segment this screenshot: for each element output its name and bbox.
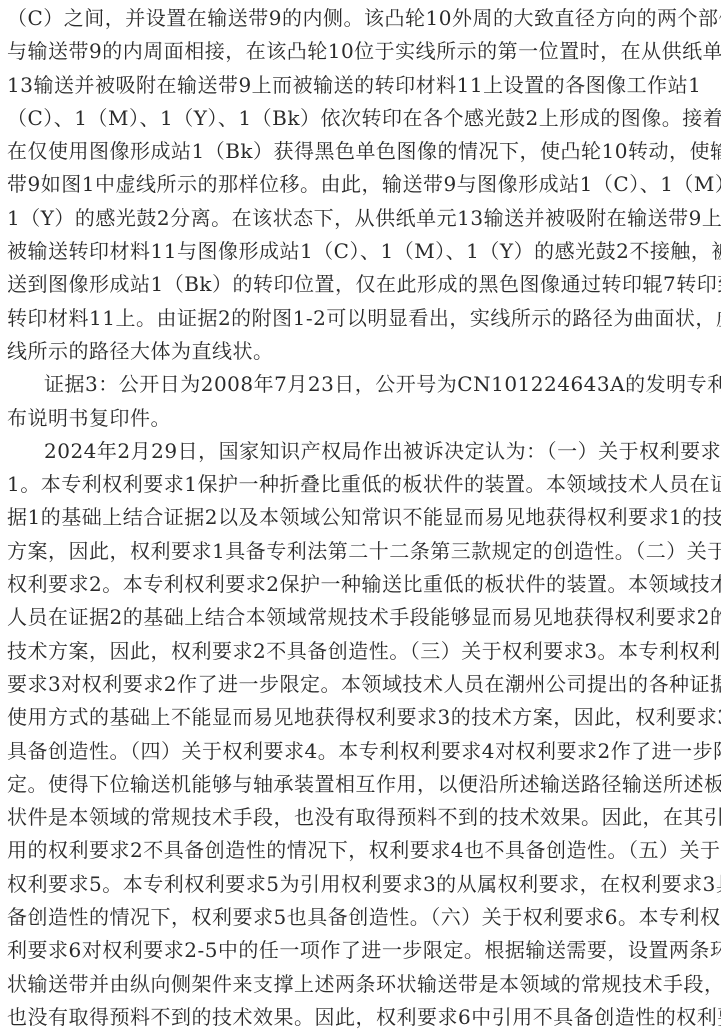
text-line: 转印材料11上。由证据2的附图1-2可以明显看出，实线所示的路径为曲面状，虚 — [7, 302, 715, 335]
text-line: 具备创造性。（四）关于权利要求4。本专利权利要求4对权利要求2作了进一步限 — [7, 735, 715, 768]
text-line: 要求3对权利要求2作了进一步限定。本领域技术人员在潮州公司提出的各种证据 — [7, 668, 715, 701]
text-line: 也没有取得预料不到的技术效果。因此，权利要求6中引用不具备创造性的权利要 — [7, 1001, 715, 1034]
text-line: 2024年2月29日，国家知识产权局作出被诉决定认为：（一）关于权利要求 — [7, 435, 715, 468]
text-line: 定。使得下位输送机能够与轴承装置相互作用，以便沿所述输送路径输送所述板 — [7, 768, 715, 801]
text-line: 布说明书复印件。 — [7, 402, 715, 435]
text-line: 方案，因此，权利要求1具备专利法第二十二条第三款规定的创造性。（二）关于 — [7, 535, 715, 568]
text-line: 状输送带并由纵向侧架件来支撑上述两条环状输送带是本领域的常规技术手段， — [7, 968, 715, 1001]
text-line: 被输送转印材料11与图像形成站1（C）、1（M）、1（Y）的感光鼓2不接触，被输 — [7, 235, 715, 268]
text-line: 用的权利要求2不具备创造性的情况下，权利要求4也不具备创造性。（五）关于 — [7, 834, 715, 867]
text-line: （C）、1（M）、1（Y）、1（Bk）依次转印在各个感光鼓2上形成的图像。接着， — [7, 102, 715, 135]
text-line: 权利要求2。本专利权利要求2保护一种输送比重低的板状件的装置。本领域技术 — [7, 568, 715, 601]
text-line: 13输送并被吸附在输送带9上而被输送的转印材料11上设置的各图像工作站1 — [7, 69, 715, 102]
text-line: 技术方案，因此，权利要求2不具备创造性。（三）关于权利要求3。本专利权利 — [7, 635, 715, 668]
text-line: 利要求6对权利要求2-5中的任一项作了进一步限定。根据输送需要，设置两条环 — [7, 934, 715, 967]
text-line: 权利要求5。本专利权利要求5为引用权利要求3的从属权利要求，在权利要求3具 — [7, 868, 715, 901]
text-line: 证据3：公开日为2008年7月23日，公开号为CN101224643A的发明专利… — [7, 368, 715, 401]
text-line: 使用方式的基础上不能显而易见地获得权利要求3的技术方案，因此，权利要求3 — [7, 701, 715, 734]
text-line: 人员在证据2的基础上结合本领域常规技术手段能够显而易见地获得权利要求2的 — [7, 601, 715, 634]
text-line: （C）之间，并设置在输送带9的内侧。该凸轮10外周的大致直径方向的两个部位 — [7, 2, 715, 35]
text-line: 送到图像形成站1（Bk）的转印位置，仅在此形成的黑色图像通过转印辊7转印到 — [7, 268, 715, 301]
text-line: 备创造性的情况下，权利要求5也具备创造性。（六）关于权利要求6。本专利权 — [7, 901, 715, 934]
text-line: 据1的基础上结合证据2以及本领域公知常识不能显而易见地获得权利要求1的技术 — [7, 501, 715, 534]
document-body: （C）之间，并设置在输送带9的内侧。该凸轮10外周的大致直径方向的两个部位与输送… — [7, 2, 715, 1034]
text-line: 线所示的路径大体为直线状。 — [7, 335, 715, 368]
text-line: 在仅使用图像形成站1（Bk）获得黑色单色图像的情况下，使凸轮10转动，使输送 — [7, 135, 715, 168]
text-line: 与输送带9的内周面相接，在该凸轮10位于实线所示的第一位置时，在从供纸单元 — [7, 35, 715, 68]
document-page: （C）之间，并设置在输送带9的内侧。该凸轮10外周的大致直径方向的两个部位与输送… — [0, 0, 721, 1035]
text-line: 1。本专利权利要求1保护一种折叠比重低的板状件的装置。本领域技术人员在证 — [7, 468, 715, 501]
text-line: 状件是本领域的常规技术手段，也没有取得预料不到的技术效果。因此，在其引 — [7, 801, 715, 834]
text-line: 带9如图1中虚线所示的那样位移。由此，输送带9与图像形成站1（C）、1（M）和 — [7, 168, 715, 201]
text-line: 1（Y）的感光鼓2分离。在该状态下，从供纸单元13输送并被吸附在输送带9上而 — [7, 202, 715, 235]
